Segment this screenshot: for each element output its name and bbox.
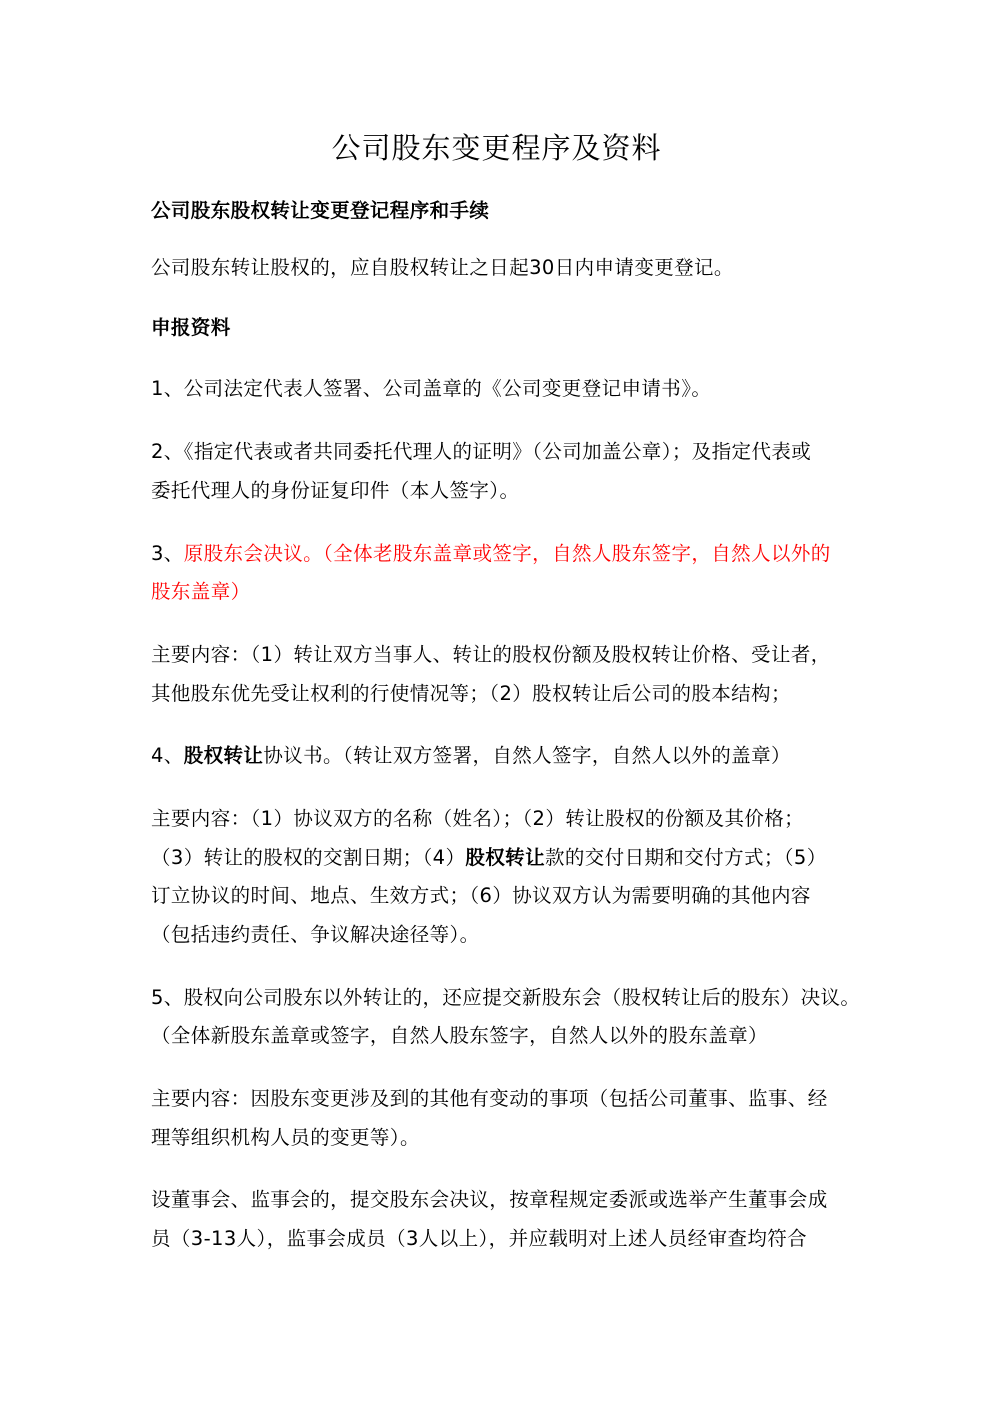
item-4-content-line-2: （3）转让的股权的交割日期；（4）股权转让款的交付日期和交付方式；（5） — [151, 844, 827, 872]
board-paragraph-line-2: 员（3-13人），监事会成员（3人以上），并应载明对上述人员经审查均符合 — [151, 1225, 807, 1253]
board-paragraph-line-1: 设董事会、监事会的，提交股东会决议，按章程规定委派或选举产生董事会成 — [151, 1186, 828, 1214]
item-3-line-1: 3、原股东会决议。（全体老股东盖章或签字，自然人股东签字，自然人以外的 — [151, 540, 831, 568]
item-5-line-1: 5、股权向公司股东以外转让的，还应提交新股东会（股权转让后的股东）决议。 — [151, 984, 860, 1012]
item-4-bold-term: 股权转让 — [184, 744, 264, 767]
item-4: 4、股权转让协议书。（转让双方签署，自然人签字，自然人以外的盖章） — [151, 742, 791, 770]
section-heading: 公司股东股权转让变更登记程序和手续 — [151, 197, 489, 225]
materials-heading: 申报资料 — [151, 314, 231, 342]
item-3-content-line-2: 其他股东优先受让权利的行使情况等；（2）股权转让后公司的股本结构； — [151, 680, 791, 708]
item-5-content-line-2: 理等组织机构人员的变更等）。 — [151, 1124, 420, 1152]
item-4-content-line-2-a: （3）转让的股权的交割日期；（4） — [151, 846, 465, 869]
item-3-prefix: 3、 — [151, 542, 184, 565]
item-4-prefix: 4、 — [151, 744, 184, 767]
item-4-content-line-2-b: 款的交付日期和交付方式；（5） — [545, 846, 827, 869]
item-4-content-line-4: （包括违约责任、争议解决途径等）。 — [151, 921, 480, 949]
item-2-line-1: 2、《指定代表或者共同委托代理人的证明》（公司加盖公章）；及指定代表或 — [151, 438, 811, 466]
item-4-content-line-3: 订立协议的时间、地点、生效方式；（6）协议双方认为需要明确的其他内容 — [151, 882, 811, 910]
item-4-rest: 协议书。（转让双方签署，自然人签字，自然人以外的盖章） — [263, 744, 791, 767]
item-5-content-line-1: 主要内容：因股东变更涉及到的其他有变动的事项（包括公司董事、监事、经 — [151, 1085, 828, 1113]
item-2-line-2: 委托代理人的身份证复印件（本人签字）。 — [151, 477, 519, 505]
item-3-line-2: 股东盖章） — [151, 578, 251, 606]
item-3-content-line-1: 主要内容：（1）转让双方当事人、转让的股权份额及股权转让价格、受让者， — [151, 641, 831, 669]
item-5-line-2: （全体新股东盖章或签字，自然人股东签字，自然人以外的股东盖章） — [151, 1022, 768, 1050]
item-4-content-line-1: 主要内容：（1）协议双方的名称（姓名）；（2）转让股权的份额及其价格； — [151, 805, 804, 833]
item-4-content-bold-term: 股权转让 — [465, 846, 545, 869]
document-title: 公司股东变更程序及资料 — [0, 126, 993, 170]
item-3-red-text: 原股东会决议。（全体老股东盖章或签字，自然人股东签字，自然人以外的 — [184, 542, 831, 565]
document-page: 公司股东变更程序及资料 公司股东股权转让变更登记程序和手续 公司股东转让股权的，… — [0, 0, 993, 1404]
item-1: 1、公司法定代表人签署、公司盖章的《公司变更登记申请书》。 — [151, 375, 711, 403]
intro-paragraph: 公司股东转让股权的，应自股权转让之日起30日内申请变更登记。 — [151, 254, 734, 282]
